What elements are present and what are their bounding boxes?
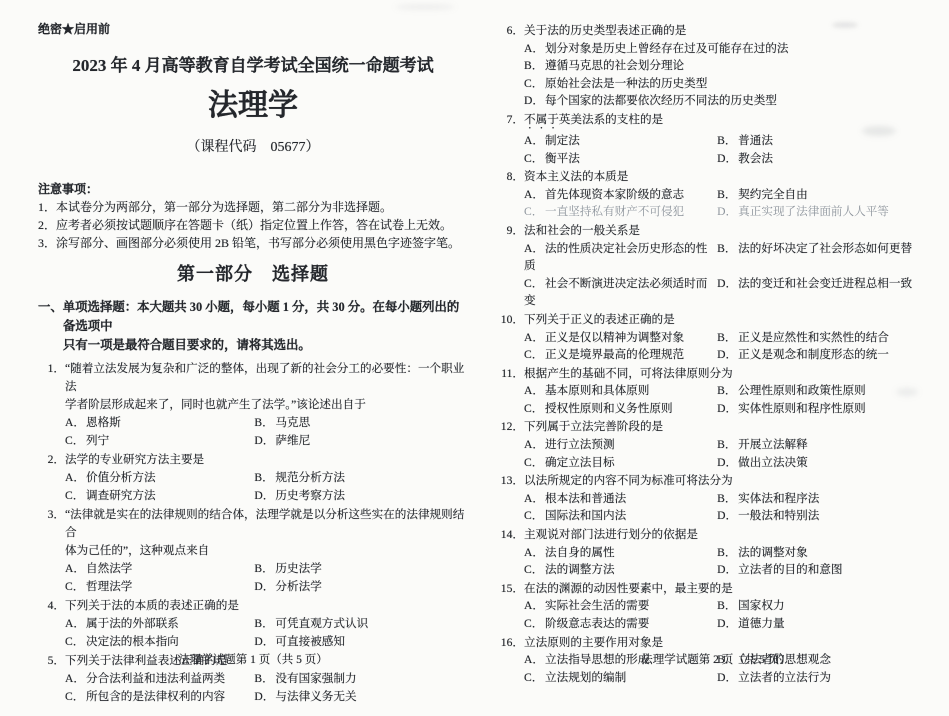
option-label: D． <box>717 507 738 525</box>
option-label: D． <box>717 275 738 293</box>
option-label: A． <box>524 490 545 508</box>
option-6-A: A．划分对象是历史上曾经存在过及可能存在过的法 <box>524 40 935 58</box>
question-options: A．制定法B．普通法C．衡平法D．教会法 <box>524 132 935 167</box>
question-stem-line: 15．在法的渊源的动因性要素中，最主要的是 <box>524 580 935 598</box>
option-label: B． <box>717 132 738 150</box>
instruction-line: 只有一项是最符合题目要求的，请将其选出。 <box>38 336 468 355</box>
option-2-C: C．调查研究方法 <box>65 487 254 505</box>
question-number: 12． <box>497 418 524 436</box>
option-label: C． <box>524 507 545 525</box>
question-stem-line: 3．“法律就是实在的法律规则的结合体，法理学就是以分析这些实在的法律规则结合 <box>65 506 468 542</box>
option-7-A: A．制定法 <box>524 132 717 150</box>
question-stem-line: 14．主观说对部门法进行划分的依据是 <box>524 526 935 544</box>
question-stem-line: 体为己任的”，这种观点来自 <box>65 542 468 560</box>
notes-list: 1．本试卷分为两部分，第一部分为选择题，第二部分为非选择题。2．应考者必须按试题… <box>38 198 468 252</box>
question-11: 11．根据产生的基础不同，可将法律原则分为A．基本原则和具体原则B．公理性原则和… <box>497 365 935 418</box>
course-code: （课程代码 05677） <box>38 139 468 157</box>
option-13-C: C．国际法和国内法 <box>524 507 717 525</box>
question-stem-line: 9．法和社会的一般关系是 <box>524 222 935 240</box>
option-label: A． <box>524 436 545 454</box>
option-label: B． <box>254 615 275 633</box>
option-label: A． <box>524 40 545 58</box>
option-5-A: A．分合法利益和违法利益两类 <box>65 670 254 688</box>
option-6-B: B．遵循马克思的社会划分理论 <box>524 57 935 75</box>
option-7-D: D．教会法 <box>717 150 935 168</box>
option-15-C: C．阶级意志表达的需要 <box>524 615 717 633</box>
question-number: 1． <box>38 360 65 378</box>
option-12-A: A．进行立法预测 <box>524 436 717 454</box>
option-label: D． <box>717 669 738 687</box>
option-15-A: A．实际社会生活的需要 <box>524 597 717 615</box>
option-14-C: C．法的调整方法 <box>524 561 717 579</box>
option-label: D． <box>717 454 738 472</box>
question-list-page2: 6．关于法的历史类型表述正确的是A．划分对象是历史上曾经存在过及可能存在过的法B… <box>497 22 935 686</box>
option-2-A: A．价值分析方法 <box>65 469 254 487</box>
option-14-B: B．法的调整对象 <box>717 544 935 562</box>
note-line: 1．本试卷分为两部分，第一部分为选择题，第二部分为非选择题。 <box>38 198 468 216</box>
option-label: C． <box>524 150 545 168</box>
question-options: A．法的性质决定社会历史形态的性质B．法的好坏决定了社会形态如何更替C．社会不断… <box>524 240 935 310</box>
question-stem-line: 4．下列关于法的本质的表述正确的是 <box>65 597 468 615</box>
option-11-C: C．授权性原则和义务性原则 <box>524 400 717 418</box>
option-10-C: C．正义是境界最高的伦理规范 <box>524 346 717 364</box>
option-3-C: C．哲理法学 <box>65 578 254 596</box>
option-label: D． <box>254 578 275 596</box>
option-4-D: D．可直接被感知 <box>254 633 468 651</box>
option-label: A． <box>65 469 86 487</box>
exam-page-1: 绝密★启用前 2023 年 4 月高等教育自学考试全国统一命题考试 法理学 （课… <box>38 22 468 707</box>
option-2-B: B．规范分析方法 <box>254 469 468 487</box>
option-label: D． <box>717 203 738 221</box>
question-stem-line: 12．下列属于立法完善阶段的是 <box>524 418 935 436</box>
option-8-A: A．首先体现资本家阶级的意志 <box>524 186 717 204</box>
option-8-B: B．契约完全自由 <box>717 186 935 204</box>
option-label: D． <box>717 400 738 418</box>
option-label: B． <box>717 186 738 204</box>
question-number: 4． <box>38 597 65 615</box>
question-options: A．基本原则和具体原则B．公理性原则和政策性原则C．授权性原则和义务性原则D．实… <box>524 382 935 417</box>
option-8-C: C．一直坚持私有财产不可侵犯 <box>524 203 717 221</box>
question-stem-line: 2．法学的专业研究方法主要是 <box>65 451 468 469</box>
option-9-B: B．法的好坏决定了社会形态如何更替 <box>717 240 935 275</box>
option-label: A． <box>524 597 545 615</box>
question-9: 9．法和社会的一般关系是A．法的性质决定社会历史形态的性质B．法的好坏决定了社会… <box>497 222 935 310</box>
option-8-D: D．真正实现了法律面前人人平等 <box>717 203 935 221</box>
option-9-D: D．法的变迁和社会变迁进程总相一致 <box>717 275 935 310</box>
option-label: A． <box>65 414 86 432</box>
option-14-A: A．法自身的属性 <box>524 544 717 562</box>
option-5-B: B．没有国家强制力 <box>254 670 468 688</box>
question-options: A．价值分析方法B．规范分析方法C．调查研究方法D．历史考察方法 <box>65 469 468 505</box>
notes-title: 注意事项： <box>38 180 468 198</box>
question-options: A．根本法和普通法B．实体法和程序法C．国际法和国内法D．一般法和特别法 <box>524 490 935 525</box>
subject-title: 法理学 <box>38 89 468 123</box>
instruction-line: 一、单项选择题：本大题共 30 小题，每小题 1 分，共 30 分。在每小题列出… <box>38 298 468 336</box>
question-1: 1．“随着立法发展为复杂和广泛的整体，出现了新的社会分工的必要性：一个职业法学者… <box>38 360 468 450</box>
option-label: D． <box>717 615 738 633</box>
exam-session-title: 2023 年 4 月高等教育自学考试全国统一命题考试 <box>38 55 468 77</box>
option-1-D: D．萨维尼 <box>254 432 468 450</box>
question-options: A．属于法的外部联系B．可凭直观方式认识C．决定法的根本指向D．可直接被感知 <box>65 615 468 651</box>
question-stem-line: 7．不属于英美法系的支柱的是 <box>524 111 935 132</box>
question-stem-line: 学者阶层形成起来了，同时也就产生了法学。”该论述出自于 <box>65 396 468 414</box>
question-stem-line: 11．根据产生的基础不同，可将法律原则分为 <box>524 365 935 383</box>
option-1-A: A．恩格斯 <box>65 414 254 432</box>
option-label: D． <box>717 561 738 579</box>
question-options: A．正义是仅以精神为调整对象B．正义是应然性和实然性的结合C．正义是境界最高的伦… <box>524 329 935 364</box>
option-label: C． <box>524 75 545 93</box>
option-label: B． <box>717 597 738 615</box>
question-options: A．首先体现资本家阶级的意志B．契约完全自由C．一直坚持私有财产不可侵犯D．真正… <box>524 186 935 221</box>
question-number: 7． <box>497 111 524 129</box>
question-stem-line: 10．下列关于正义的表述正确的是 <box>524 311 935 329</box>
option-label: A． <box>524 544 545 562</box>
option-12-C: C．确定立法目标 <box>524 454 717 472</box>
option-12-B: B．开展立法解释 <box>717 436 935 454</box>
option-label: B． <box>717 490 738 508</box>
option-label: B． <box>717 240 738 258</box>
page-2-footer: 法理学试题第 2 页（共 5 页） <box>497 653 935 668</box>
note-line: 3．涂写部分、画图部分必须使用 2B 铅笔，书写部分必须使用黑色字迹签字笔。 <box>38 234 468 252</box>
note-line: 2．应考者必须按试题顺序在答题卡（纸）指定位置上作答，答在试卷上无效。 <box>38 216 468 234</box>
option-label: C． <box>524 346 545 364</box>
question-number: 9． <box>497 222 524 240</box>
part-one-heading: 第一部分 选择题 <box>38 263 468 285</box>
option-label: C． <box>65 578 86 596</box>
option-10-A: A．正义是仅以精神为调整对象 <box>524 329 717 347</box>
option-label: D． <box>717 346 738 364</box>
option-label: D． <box>254 432 275 450</box>
option-2-D: D．历史考察方法 <box>254 487 468 505</box>
option-15-D: D．道德力量 <box>717 615 935 633</box>
question-13: 13．以法所规定的内容不同为标准可将法分为A．根本法和普通法B．实体法和程序法C… <box>497 472 935 525</box>
option-label: C． <box>65 432 86 450</box>
question-stem-line: 1．“随着立法发展为复杂和广泛的整体，出现了新的社会分工的必要性：一个职业法 <box>65 360 468 396</box>
option-4-C: C．决定法的根本指向 <box>65 633 254 651</box>
question-12: 12．下列属于立法完善阶段的是A．进行立法预测B．开展立法解释C．确定立法目标D… <box>497 418 935 471</box>
option-label: B． <box>254 560 275 578</box>
question-number: 6． <box>497 22 524 40</box>
option-label: C． <box>65 487 86 505</box>
option-6-D: D．每个国家的法都要依次经历不同法的历史类型 <box>524 92 935 110</box>
option-label: C． <box>65 633 86 651</box>
option-10-D: D．正义是观念和制度形态的统一 <box>717 346 935 364</box>
option-label: C． <box>524 615 545 633</box>
section-instruction: 一、单项选择题：本大题共 30 小题，每小题 1 分，共 30 分。在每小题列出… <box>38 298 468 355</box>
option-7-C: C．衡平法 <box>524 150 717 168</box>
option-label: C． <box>524 275 545 293</box>
question-options: A．实际社会生活的需要B．国家权力C．阶级意志表达的需要D．道德力量 <box>524 597 935 632</box>
option-5-C: C．所包含的是法律权利的内容 <box>65 688 254 706</box>
option-13-A: A．根本法和普通法 <box>524 490 717 508</box>
question-2: 2．法学的专业研究方法主要是A．价值分析方法B．规范分析方法C．调查研究方法D．… <box>38 451 468 505</box>
exam-page-2: 6．关于法的历史类型表述正确的是A．划分对象是历史上曾经存在过及可能存在过的法B… <box>497 22 935 687</box>
question-number: 2． <box>38 451 65 469</box>
option-label: B． <box>717 436 738 454</box>
option-label: B． <box>717 544 738 562</box>
option-12-D: D．做出立法决策 <box>717 454 935 472</box>
exam-notes: 注意事项： 1．本试卷分为两部分，第一部分为选择题，第二部分为非选择题。2．应考… <box>38 180 468 252</box>
option-7-B: B．普通法 <box>717 132 935 150</box>
option-label: D． <box>254 633 275 651</box>
option-label: B． <box>717 382 738 400</box>
option-label: D． <box>254 688 275 706</box>
option-4-B: B．可凭直观方式认识 <box>254 615 468 633</box>
emphasized-text: 不属于 <box>524 113 559 126</box>
question-number: 16． <box>497 634 524 652</box>
question-options: A．分合法利益和违法利益两类B．没有国家强制力C．所包含的是法律权利的内容D．与… <box>65 670 468 706</box>
option-10-B: B．正义是应然性和实然性的结合 <box>717 329 935 347</box>
question-options: A．划分对象是历史上曾经存在过及可能存在过的法B．遵循马克思的社会划分理论C．原… <box>524 40 935 110</box>
option-label: A． <box>65 615 86 633</box>
security-classification-label: 绝密★启用前 <box>38 22 468 36</box>
question-number: 14． <box>497 526 524 544</box>
option-label: C． <box>524 669 545 687</box>
option-label: C． <box>524 454 545 472</box>
option-label: A． <box>524 382 545 400</box>
option-label: B． <box>254 414 275 432</box>
question-7: 7．不属于英美法系的支柱的是A．制定法B．普通法C．衡平法D．教会法 <box>497 111 935 167</box>
question-number: 10． <box>497 311 524 329</box>
option-9-C: C．社会不断演进决定法必须适时而变 <box>524 275 717 310</box>
option-label: C． <box>524 400 545 418</box>
option-label: B． <box>717 329 738 347</box>
question-stem-line: 8．资本主义法的本质是 <box>524 168 935 186</box>
option-label: C． <box>65 688 86 706</box>
question-14: 14．主观说对部门法进行划分的依据是A．法自身的属性B．法的调整对象C．法的调整… <box>497 526 935 579</box>
scan-artifact <box>395 4 455 10</box>
question-number: 8． <box>497 168 524 186</box>
option-1-C: C．列宁 <box>65 432 254 450</box>
option-16-C: C．立法规划的编制 <box>524 669 717 687</box>
option-1-B: B．马克思 <box>254 414 468 432</box>
option-label: A． <box>524 132 545 150</box>
question-number: 13． <box>497 472 524 490</box>
option-16-D: D．立法者的立法行为 <box>717 669 935 687</box>
option-label: A． <box>524 240 545 258</box>
question-number: 3． <box>38 506 65 524</box>
option-6-C: C．原始社会法是一种法的历史类型 <box>524 75 935 93</box>
question-number: 11． <box>497 365 524 383</box>
option-13-D: D．一般法和特别法 <box>717 507 935 525</box>
option-label: B． <box>254 469 275 487</box>
question-options: A．法自身的属性B．法的调整对象C．法的调整方法D．立法者的目的和意图 <box>524 544 935 579</box>
option-label: A． <box>524 329 545 347</box>
question-options: A．自然法学B．历史法学C．哲理法学D．分析法学 <box>65 560 468 596</box>
option-14-D: D．立法者的目的和意图 <box>717 561 935 579</box>
exam-paper-scan: 绝密★启用前 2023 年 4 月高等教育自学考试全国统一命题考试 法理学 （课… <box>0 0 949 716</box>
question-4: 4．下列关于法的本质的表述正确的是A．属于法的外部联系B．可凭直观方式认识C．决… <box>38 597 468 651</box>
option-15-B: B．国家权力 <box>717 597 935 615</box>
option-13-B: B．实体法和程序法 <box>717 490 935 508</box>
option-label: C． <box>524 203 545 221</box>
option-11-B: B．公理性原则和政策性原则 <box>717 382 935 400</box>
option-label: C． <box>524 561 545 579</box>
question-6: 6．关于法的历史类型表述正确的是A．划分对象是历史上曾经存在过及可能存在过的法B… <box>497 22 935 110</box>
option-label: D． <box>254 487 275 505</box>
option-5-D: D．与法律义务无关 <box>254 688 468 706</box>
option-9-A: A．法的性质决定社会历史形态的性质 <box>524 240 717 275</box>
page-1-footer: 法理学试题第 1 页（共 5 页） <box>38 653 468 668</box>
option-label: A． <box>65 670 86 688</box>
option-label: D． <box>717 150 738 168</box>
option-3-D: D．分析法学 <box>254 578 468 596</box>
question-stem-line: 16．立法原则的主要作用对象是 <box>524 634 935 652</box>
question-stem-line: 6．关于法的历史类型表述正确的是 <box>524 22 935 40</box>
question-8: 8．资本主义法的本质是A．首先体现资本家阶级的意志B．契约完全自由C．一直坚持私… <box>497 168 935 221</box>
question-3: 3．“法律就是实在的法律规则的结合体，法理学就是以分析这些实在的法律规则结合体为… <box>38 506 468 596</box>
option-label: D． <box>524 92 545 110</box>
option-3-A: A．自然法学 <box>65 560 254 578</box>
question-number: 15． <box>497 580 524 598</box>
question-stem-line: 13．以法所规定的内容不同为标准可将法分为 <box>524 472 935 490</box>
option-label: A． <box>524 186 545 204</box>
question-10: 10．下列关于正义的表述正确的是A．正义是仅以精神为调整对象B．正义是应然性和实… <box>497 311 935 364</box>
question-15: 15．在法的渊源的动因性要素中，最主要的是A．实际社会生活的需要B．国家权力C．… <box>497 580 935 633</box>
option-label: B． <box>524 57 545 75</box>
option-11-A: A．基本原则和具体原则 <box>524 382 717 400</box>
option-3-B: B．历史法学 <box>254 560 468 578</box>
question-options: A．恩格斯B．马克思C．列宁D．萨维尼 <box>65 414 468 450</box>
option-label: B． <box>254 670 275 688</box>
option-4-A: A．属于法的外部联系 <box>65 615 254 633</box>
option-label: A． <box>65 560 86 578</box>
option-11-D: D．实体性原则和程序性原则 <box>717 400 935 418</box>
question-options: A．进行立法预测B．开展立法解释C．确定立法目标D．做出立法决策 <box>524 436 935 471</box>
